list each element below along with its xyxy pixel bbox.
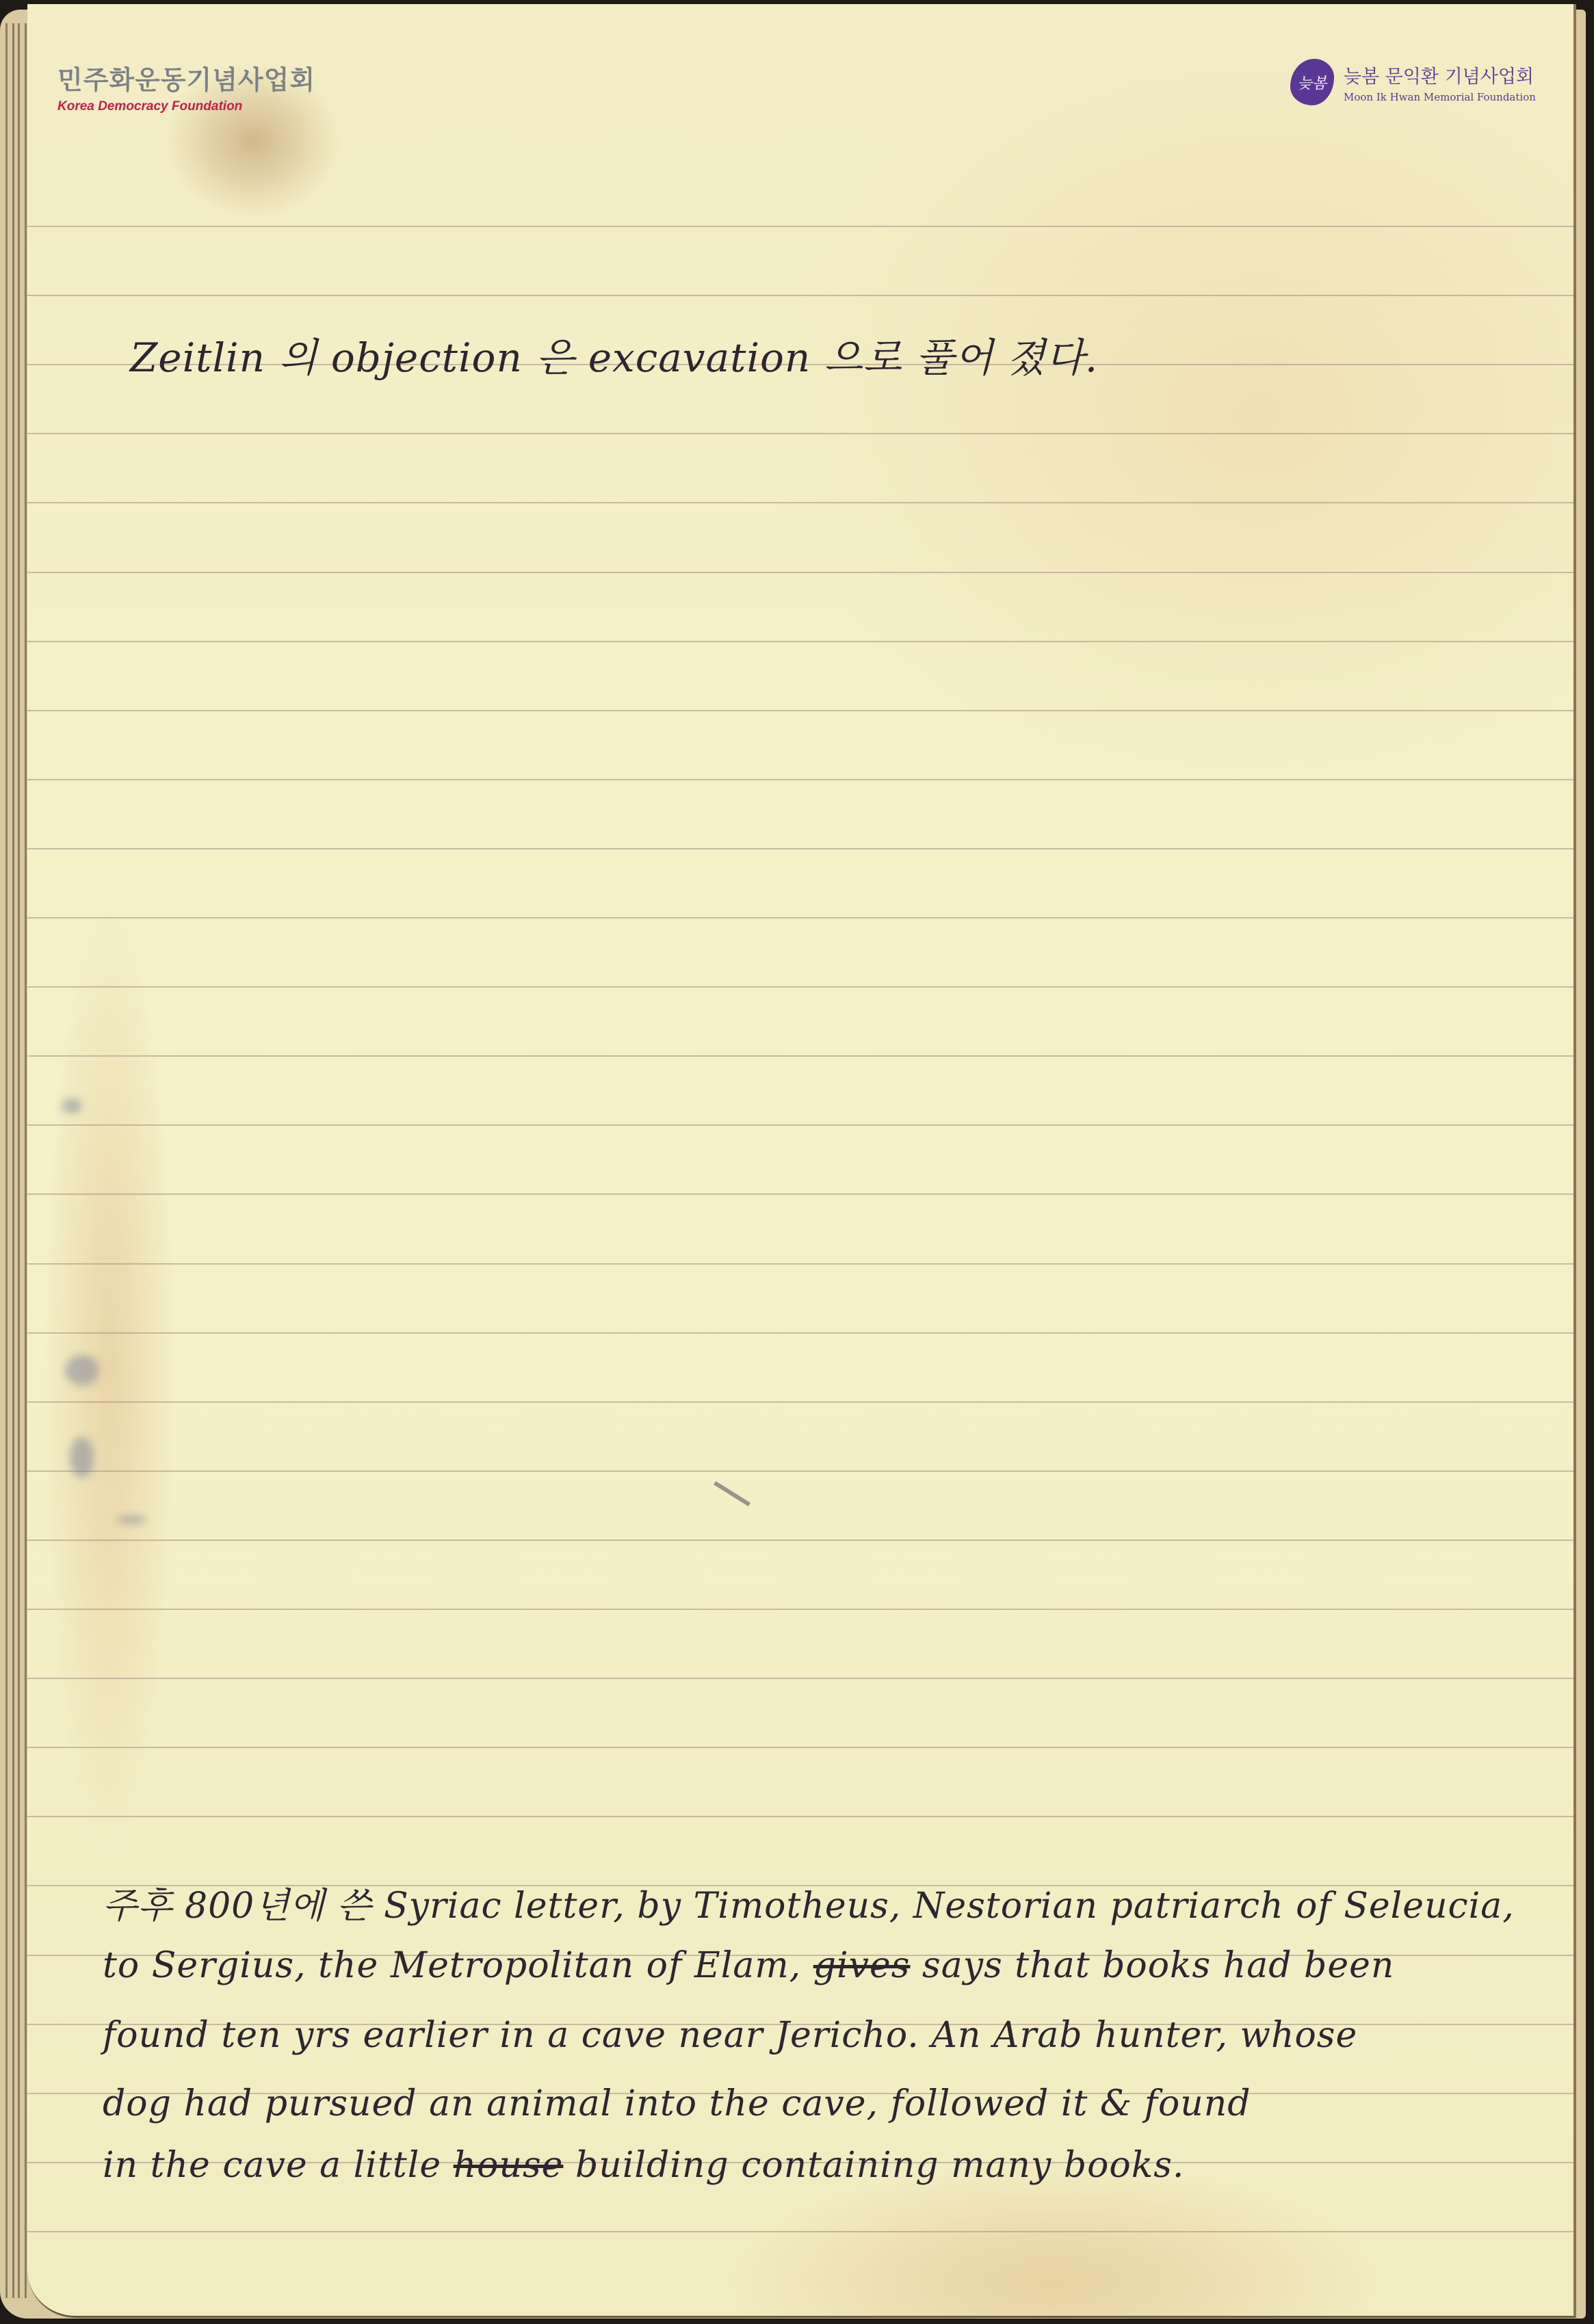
ruled-line <box>27 1816 1573 1817</box>
ruled-line <box>27 572 1573 573</box>
page-edge-line <box>18 23 20 2298</box>
neutbom-badge-icon: 늦봄 <box>1290 59 1334 105</box>
ruled-line <box>27 502 1573 503</box>
logo-korean-text: 민주화운동기념사업회 <box>57 59 315 96</box>
ink-stain <box>62 1098 82 1113</box>
ruled-line <box>27 1124 1573 1126</box>
page-edge-line <box>5 23 8 2298</box>
page-edge-line <box>25 23 27 2298</box>
notebook-page: 민주화운동기념사업회 Korea Democracy Foundation 늦봄… <box>27 4 1576 2318</box>
ruled-line <box>27 1747 1573 1748</box>
page-edge-line <box>12 23 14 2298</box>
paragraph-line: in the cave a little house building cont… <box>103 2145 1184 2186</box>
ruled-line <box>27 1470 1573 1472</box>
ruled-line <box>27 779 1573 780</box>
ruled-line <box>27 1193 1573 1195</box>
moon-ik-hwan-foundation-logo: 늦봄 늦봄 문익환 기념사업회 Moon Ik Hwan Memorial Fo… <box>1290 59 1536 105</box>
top-handwritten-note: Zeitlin 의 objection 은 excavation 으로 풀어 졌… <box>130 326 1098 383</box>
ruled-line <box>27 1401 1573 1403</box>
ink-stain <box>116 1516 147 1524</box>
paragraph-line: 주후 800년에 쓴 Syriac letter, by Timotheus, … <box>103 1877 1515 1928</box>
text-segment: in the cave a little <box>103 2145 454 2186</box>
ink-smudge <box>714 1481 750 1507</box>
ruled-line <box>27 1540 1573 1541</box>
ruled-line <box>27 917 1573 919</box>
ruled-line <box>27 641 1573 642</box>
text-segment: says that books had been <box>911 1945 1395 1986</box>
logo-english-text: Korea Democracy Foundation <box>57 99 315 114</box>
ruled-line <box>27 2231 1573 2232</box>
ink-stain <box>70 1437 94 1478</box>
logo-korean-text: 늦봄 문익환 기념사업회 <box>1344 62 1536 88</box>
ruled-line <box>27 433 1573 434</box>
logo-english-text: Moon Ik Hwan Memorial Foundation <box>1344 91 1536 103</box>
paragraph-line: dog had pursued an animal into the cave,… <box>103 2083 1251 2124</box>
ruled-line <box>27 1055 1573 1057</box>
ruled-line <box>27 226 1573 227</box>
struck-word: gives <box>813 1945 911 1986</box>
ink-stain <box>65 1355 99 1386</box>
ruled-line <box>27 1678 1573 1679</box>
text-segment: to Sergius, the Metropolitan of Elam, <box>103 1945 813 1986</box>
ruled-line <box>27 295 1573 296</box>
ruled-line <box>27 986 1573 988</box>
text-segment: building containing many books. <box>563 2145 1184 2186</box>
ruled-line <box>27 1263 1573 1265</box>
ruled-line <box>27 710 1573 711</box>
paragraph-line: to Sergius, the Metropolitan of Elam, gi… <box>103 1945 1394 1986</box>
ruled-line <box>27 1332 1573 1334</box>
struck-word: house <box>454 2145 564 2186</box>
ruled-line <box>27 848 1573 849</box>
paragraph-line: found ten yrs earlier in a cave near Jer… <box>103 2015 1357 2056</box>
korea-democracy-foundation-logo: 민주화운동기념사업회 Korea Democracy Foundation <box>57 59 315 114</box>
ruled-line <box>27 1609 1573 1610</box>
